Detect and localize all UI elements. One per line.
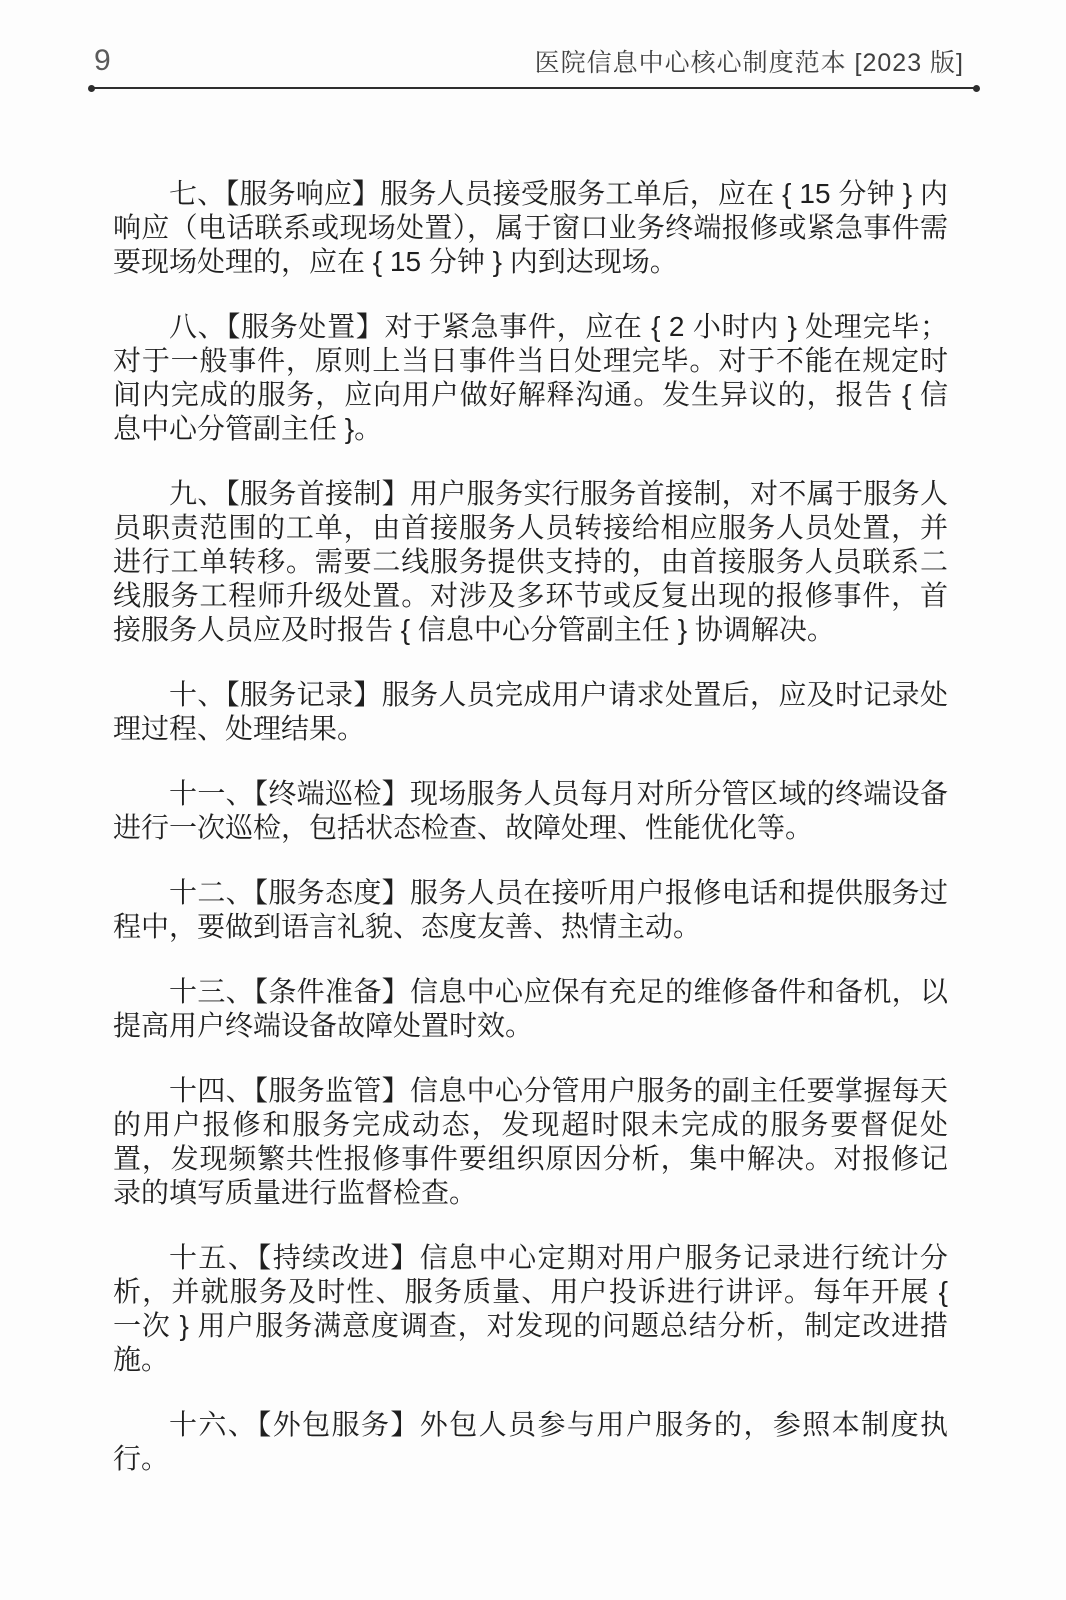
page-header: 9 医院信息中心核心制度范本 [2023 版]	[90, 44, 978, 89]
paragraph-8: 八、【服务处置】对于紧急事件，应在 { 2 小时内 } 处理完毕；对于一般事件，…	[113, 310, 948, 446]
header-rule	[90, 87, 978, 89]
page-number: 9	[94, 44, 111, 78]
paragraph-16: 十六、【外包服务】外包人员参与用户服务的，参照本制度执行。	[113, 1408, 948, 1476]
header-row: 9 医院信息中心核心制度范本 [2023 版]	[90, 44, 978, 78]
document-title: 医院信息中心核心制度范本 [2023 版]	[535, 48, 964, 78]
paragraph-10: 十、【服务记录】服务人员完成用户请求处置后，应及时记录处理过程、处理结果。	[113, 678, 948, 746]
paragraph-7: 七、【服务响应】服务人员接受服务工单后，应在 { 15 分钟 } 内响应（电话联…	[113, 177, 948, 279]
rule-endpoint-dot-right	[973, 85, 980, 92]
document-body: 七、【服务响应】服务人员接受服务工单后，应在 { 15 分钟 } 内响应（电话联…	[113, 177, 948, 1476]
paragraph-11: 十一、【终端巡检】现场服务人员每月对所分管区域的终端设备进行一次巡检，包括状态检…	[113, 777, 948, 845]
paragraph-15: 十五、【持续改进】信息中心定期对用户服务记录进行统计分析，并就服务及时性、服务质…	[113, 1241, 948, 1377]
paragraph-9: 九、【服务首接制】用户服务实行服务首接制，对不属于服务人员职责范围的工单，由首接…	[113, 477, 948, 647]
paragraph-12: 十二、【服务态度】服务人员在接听用户报修电话和提供服务过程中，要做到语言礼貌、态…	[113, 876, 948, 944]
paragraph-13: 十三、【条件准备】信息中心应保有充足的维修备件和备机，以提高用户终端设备故障处置…	[113, 975, 948, 1043]
document-page: 9 医院信息中心核心制度范本 [2023 版] 七、【服务响应】服务人员接受服务…	[0, 0, 1066, 1600]
paragraph-14: 十四、【服务监管】信息中心分管用户服务的副主任要掌握每天的用户报修和服务完成动态…	[113, 1074, 948, 1210]
rule-endpoint-dot-left	[88, 85, 95, 92]
